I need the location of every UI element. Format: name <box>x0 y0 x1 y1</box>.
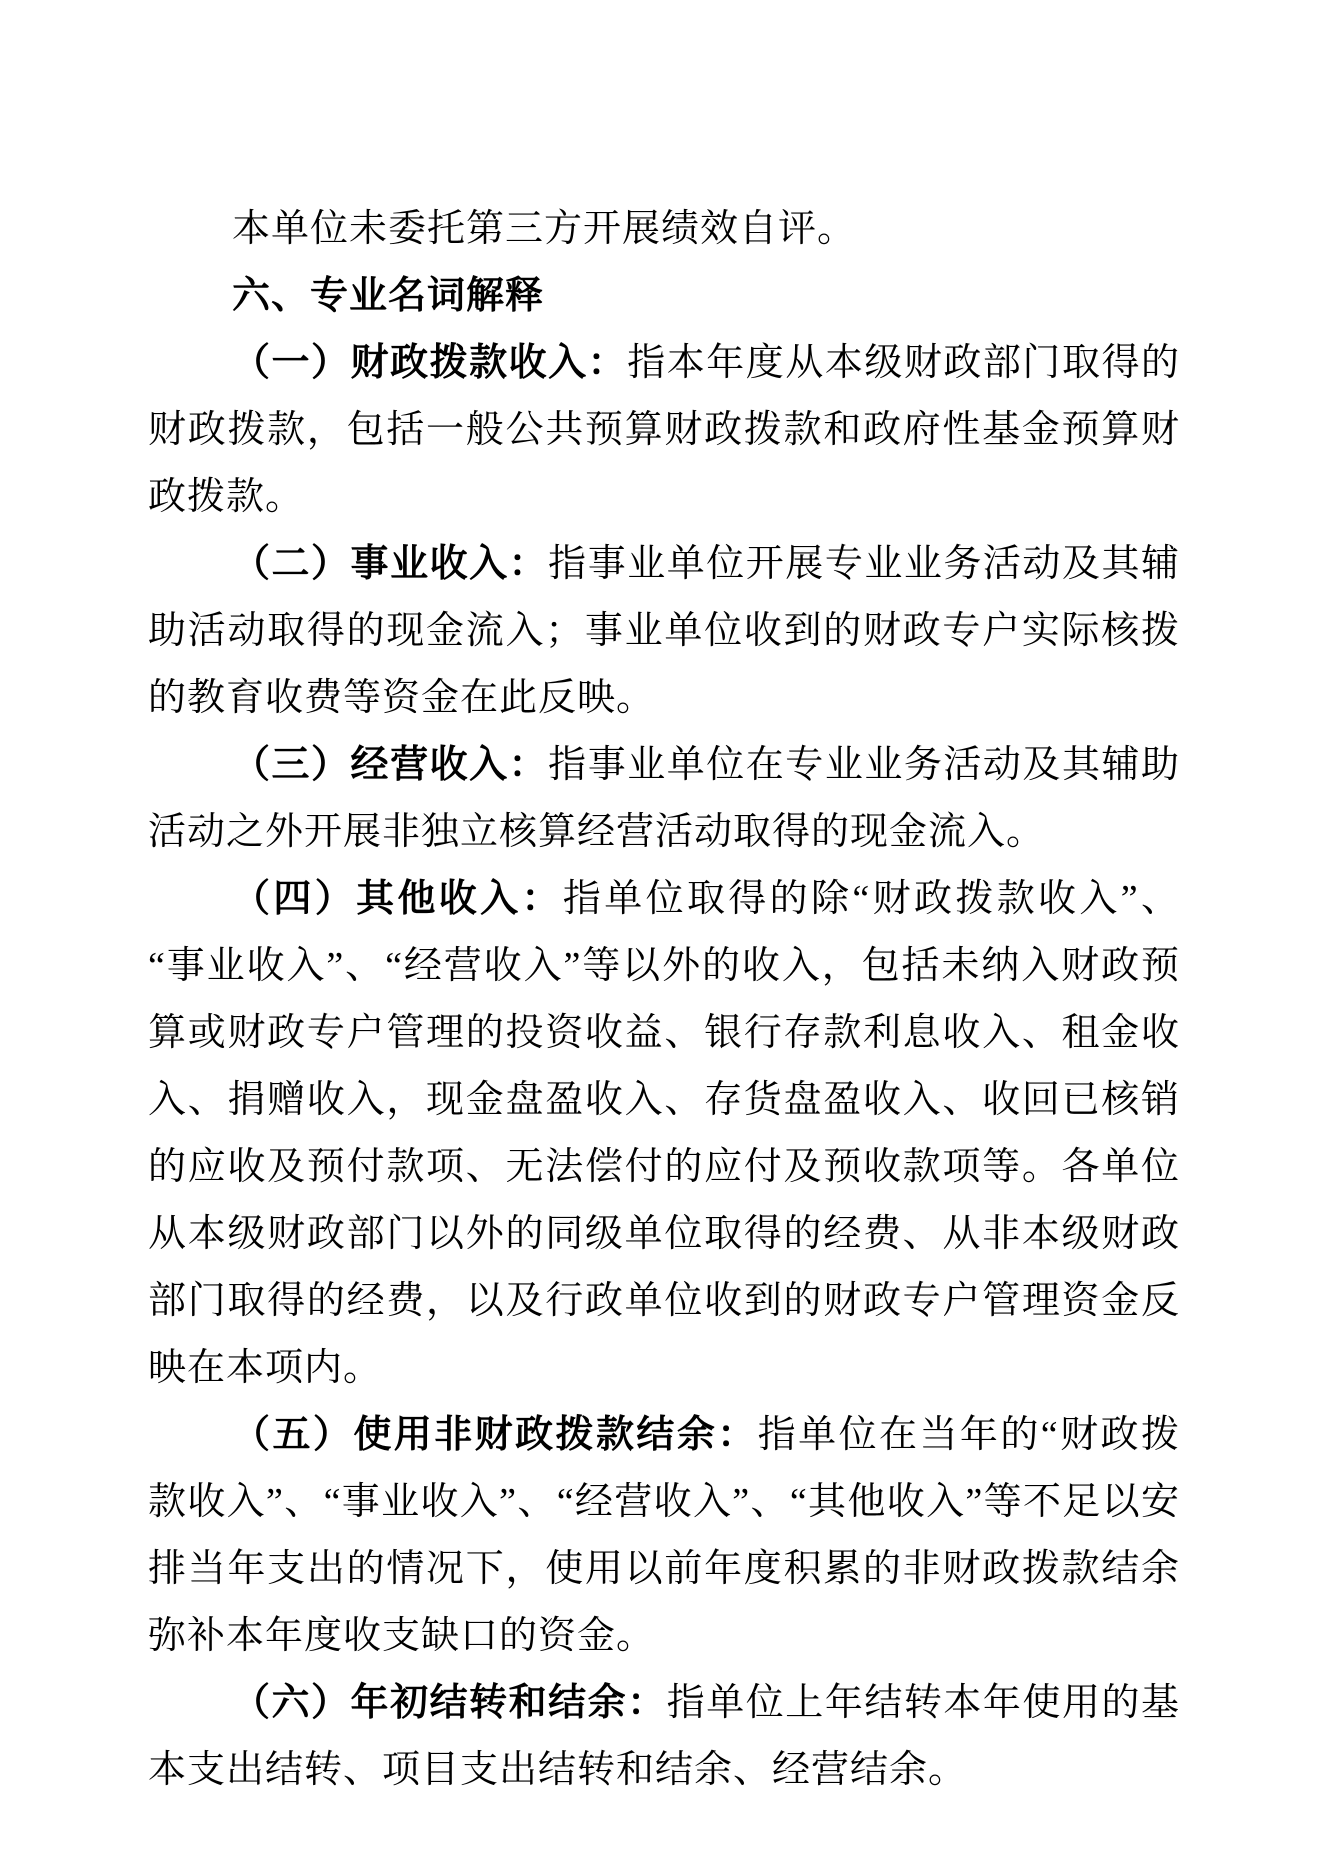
definition-term-5: （五）使用非财政拨款结余： <box>232 1414 758 1456</box>
section-heading: 六、专业名词解释 <box>148 263 1180 330</box>
definition-paragraph-4: （四）其他收入：指单位取得的除“财政拨款收入”、“事业收入”、“经营收入”等以外… <box>148 866 1180 1402</box>
definition-term-6: （六）年初结转和结余： <box>232 1682 667 1724</box>
definition-paragraph-3: （三）经营收入：指事业单位在专业业务活动及其辅助活动之外开展非独立核算经营活动取… <box>148 732 1180 866</box>
definition-term-4: （四）其他收入： <box>232 878 563 920</box>
definition-text-4: 指单位取得的除“财政拨款收入”、“事业收入”、“经营收入”等以外的收入，包括未纳… <box>148 878 1180 1389</box>
definition-paragraph-1: （一）财政拨款收入：指本年度从本级财政部门取得的财政拨款，包括一般公共预算财政拨… <box>148 330 1180 531</box>
definition-paragraph-6: （六）年初结转和结余：指单位上年结转本年使用的基本支出结转、项目支出结转和结余、… <box>148 1670 1180 1804</box>
definition-paragraph-2: （二）事业收入：指事业单位开展专业业务活动及其辅助活动取得的现金流入；事业单位收… <box>148 531 1180 732</box>
document-page: 本单位未委托第三方开展绩效自评。 六、专业名词解释 （一）财政拨款收入：指本年度… <box>0 0 1323 1871</box>
definition-term-1: （一）财政拨款收入： <box>232 342 627 384</box>
intro-paragraph: 本单位未委托第三方开展绩效自评。 <box>148 196 1180 263</box>
definition-paragraph-5: （五）使用非财政拨款结余：指单位在当年的“财政拨款收入”、“事业收入”、“经营收… <box>148 1402 1180 1670</box>
definition-term-3: （三）经营收入： <box>232 744 548 786</box>
document-content: 本单位未委托第三方开展绩效自评。 六、专业名词解释 （一）财政拨款收入：指本年度… <box>148 196 1180 1804</box>
definition-term-2: （二）事业收入： <box>232 543 548 585</box>
